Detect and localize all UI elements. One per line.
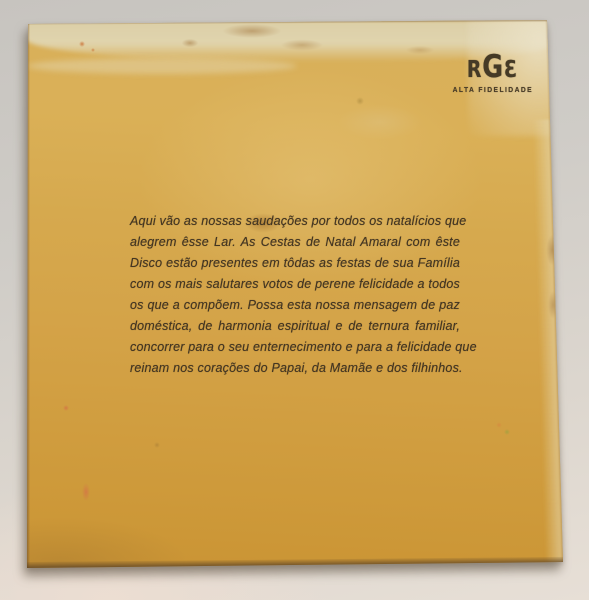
record-sleeve-wrapper: R G Ɛ ALTA FIDELIDADE Aqui vão as nossas… [0, 0, 589, 600]
sleeve-left-edge [27, 23, 30, 569]
logo-letter-e: Ɛ [504, 59, 517, 82]
liner-notes-line: os que a compõem. Possa esta nossa mensa… [130, 295, 460, 316]
liner-notes-line: doméstica, de harmonia espiritual e de t… [130, 316, 460, 337]
liner-notes-line: com os mais salutares votos de perene fe… [130, 274, 460, 295]
record-sleeve-back-cover: R G Ɛ ALTA FIDELIDADE Aqui vão as nossas… [0, 0, 589, 600]
liner-notes-line: alegrem êsse Lar. As Cestas de Natal Ama… [130, 232, 460, 253]
rge-logo: R G Ɛ ALTA FIDELIDADE [451, 52, 533, 94]
liner-notes-line: Aqui vão as nossas saudações por todos o… [130, 211, 460, 232]
logo-letter-r: R [467, 59, 482, 82]
rge-logo-letters: R G Ɛ [458, 52, 525, 83]
liner-notes-line: Disco estão presentes em tôdas as festas… [130, 253, 460, 274]
photo-backdrop: R G Ɛ ALTA FIDELIDADE Aqui vão as nossas… [0, 0, 589, 600]
liner-notes-line: concorrer para o seu enternecimento e pa… [130, 337, 460, 358]
liner-notes-text: Aqui vão as nossas saudações por todos o… [130, 211, 460, 379]
logo-letter-g: G [482, 52, 503, 83]
liner-notes-line: reinam nos corações do Papai, da Mamãe e… [130, 358, 460, 379]
logo-tagline: ALTA FIDELIDADE [453, 87, 532, 94]
